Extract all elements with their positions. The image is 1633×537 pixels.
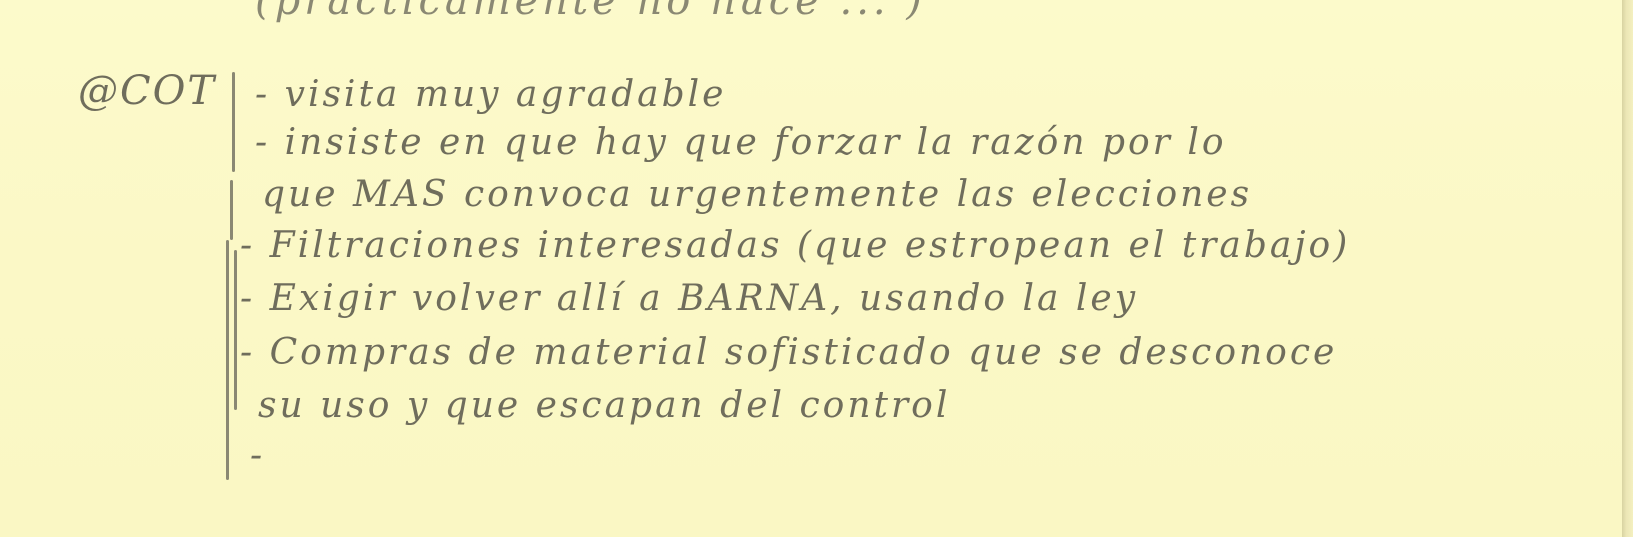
note-line-8: - [250,435,265,476]
margin-bracket-line [234,250,237,410]
notebook-page: (prácticamente no hace ... ) @COT - visi… [0,0,1625,537]
note-line-7: su uso y que escapan del control [258,385,950,426]
margin-bracket-line [230,180,233,240]
page-edge [1622,0,1633,537]
tag-bracket-line [232,72,235,172]
note-line-1: - visita muy agradable [255,74,726,115]
note-tag: @COT [78,68,216,114]
note-line-3: que MAS convoca urgentemente las eleccio… [262,174,1252,215]
note-line-6: - Compras de material sofisticado que se… [240,332,1337,373]
note-line-4: - Filtraciones interesadas (que estropea… [240,225,1350,266]
note-line-5: - Exigir volver allí a BARNA, usando la … [240,278,1138,319]
note-line-2: - insiste en que hay que forzar la razón… [255,122,1227,163]
margin-bracket-line [226,240,229,480]
cut-off-top-line: (prácticamente no hace ... ) [255,0,926,24]
